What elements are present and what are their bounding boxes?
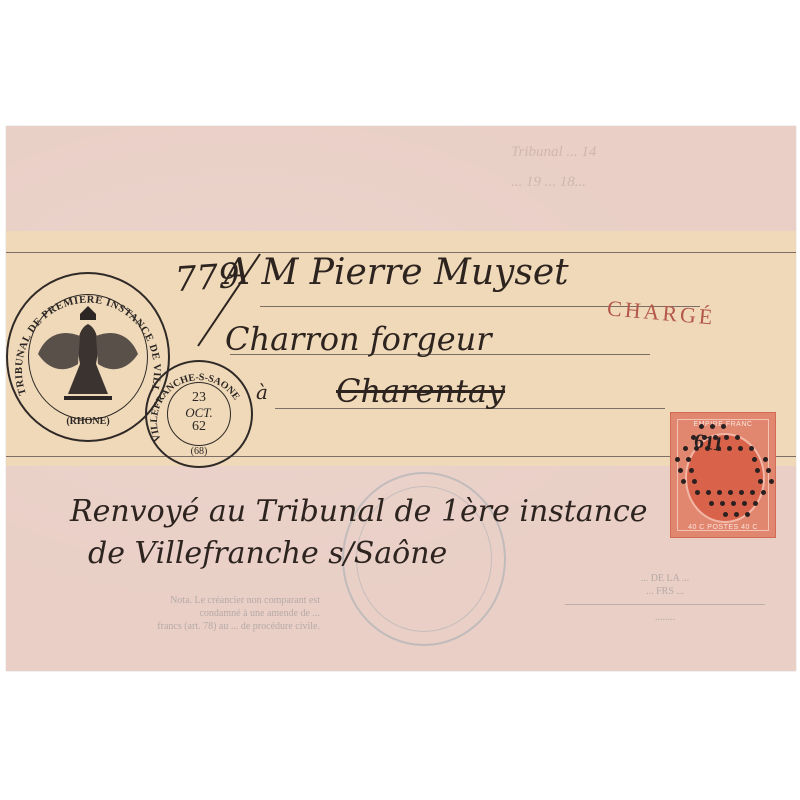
postmark-day: 23: [147, 390, 251, 406]
annotation-line-2: de Villefranche s/Saône: [88, 536, 447, 571]
faint-notice-text: Nota. Le créancier non comparant est con…: [70, 594, 320, 633]
postmark-department: (68): [147, 446, 251, 457]
address-line-3: Charentay: [336, 372, 505, 410]
bleed-through-text: ... 19 ... 18...: [511, 174, 586, 191]
faint-right-block: ... DE LA ... ... FRS ... ........: [565, 572, 765, 624]
address-line-1: A M Pierre Muyset: [224, 252, 569, 293]
bleed-through-text: Tribunal ... 14: [511, 144, 596, 161]
postmark: VILLEFRANCHE-S-SAONE 23 OCT. 62 (68): [145, 360, 253, 468]
address-line-3-prefix: à: [256, 380, 268, 404]
postmark-year: 62: [147, 419, 251, 435]
address-line-2: Charron forgeur: [225, 320, 492, 358]
postage-stamp: EMPIRE FRANC 40 C POSTES 40 C: [670, 412, 776, 538]
stamp-bottom-text: 40 C POSTES 40 C: [671, 524, 775, 531]
annotation-line-1: Renvoyé au Tribunal de 1ère instance: [70, 494, 648, 529]
cancellation-number: 611: [693, 430, 725, 457]
seal-bottom-text: (RHONE): [8, 416, 168, 427]
